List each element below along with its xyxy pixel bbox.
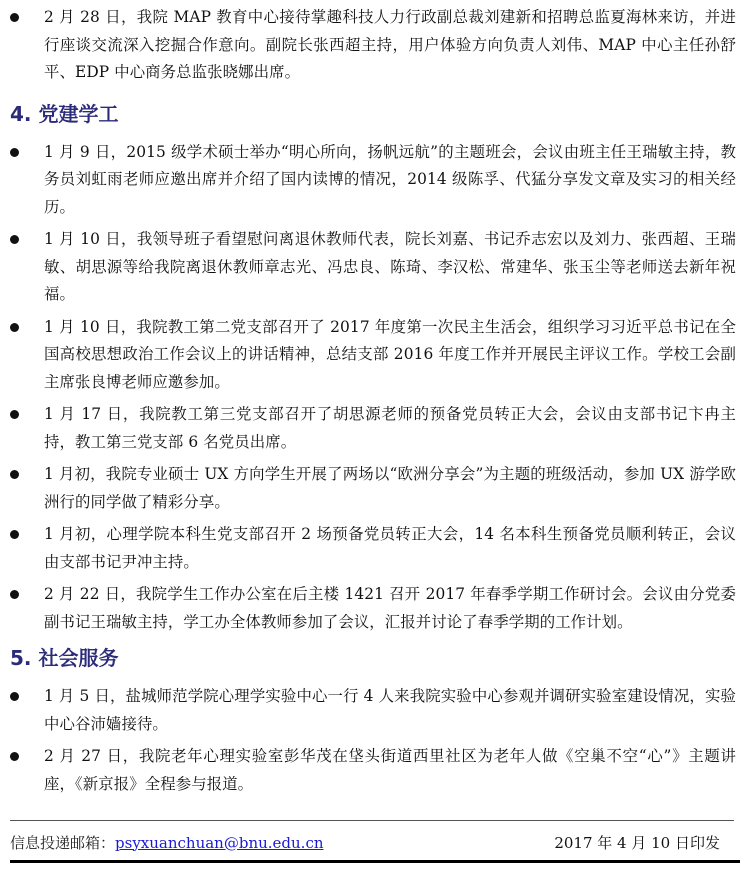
list-item: 1 月 9 日，2015 级学术硕士举办“明心所向，扬帆远航”的主题班会，会议由…	[0, 139, 750, 222]
item-text: 1 月 9 日，2015 级学术硕士举办“明心所向，扬帆远航”的主题班会，会议由…	[44, 143, 736, 216]
bullet-icon	[10, 410, 19, 419]
list-item: 2 月 28 日，我院 MAP 教育中心接待掌趣科技人力行政副总裁刘建新和招聘总…	[0, 4, 750, 87]
list-item: 1 月初，我院专业硕士 UX 方向学生开展了两场以“欧洲分享会”为主题的班级活动…	[0, 461, 750, 516]
carryover-list: 2 月 28 日，我院 MAP 教育中心接待掌趣科技人力行政副总裁刘建新和招聘总…	[0, 4, 750, 87]
footer-email-label: 信息投递邮箱：	[10, 834, 115, 852]
list-item: 2 月 22 日，我院学生工作办公室在后主楼 1421 召开 2017 年春季学…	[0, 581, 750, 636]
item-text: 1 月 17 日，我院教工第三党支部召开了胡思源老师的预备党员转正大会，会议由支…	[44, 405, 736, 451]
list-item: 1 月初，心理学院本科生党支部召开 2 场预备党员转正大会，14 名本科生预备党…	[0, 521, 750, 576]
list-item: 1 月 10 日，我领导班子看望慰问离退休教师代表，院长刘嘉、书记乔志宏以及刘力…	[0, 226, 750, 309]
item-text: 1 月 10 日，我领导班子看望慰问离退休教师代表，院长刘嘉、书记乔志宏以及刘力…	[44, 230, 736, 303]
bullet-icon	[10, 13, 19, 22]
item-text: 2 月 22 日，我院学生工作办公室在后主楼 1421 召开 2017 年春季学…	[44, 585, 736, 631]
bullet-icon	[10, 692, 19, 701]
footer-issue-date: 2017 年 4 月 10 日印发	[554, 832, 720, 853]
list-item: 1 月 10 日，我院教工第二党支部召开了 2017 年度第一次民主生活会，组织…	[0, 314, 750, 397]
section-title-party-building: 4. 党建学工	[0, 94, 750, 134]
bullet-icon	[10, 530, 19, 539]
list-item: 1 月 5 日，盐城师范学院心理学实验中心一行 4 人来我院实验中心参观并调研实…	[0, 683, 750, 738]
social-service-list: 1 月 5 日，盐城师范学院心理学实验中心一行 4 人来我院实验中心参观并调研实…	[0, 683, 750, 798]
item-text: 1 月 5 日，盐城师范学院心理学实验中心一行 4 人来我院实验中心参观并调研实…	[44, 687, 736, 733]
footer: 信息投递邮箱：psyxuanchuan@bnu.edu.cn 2017 年 4 …	[10, 830, 720, 854]
bullet-icon	[10, 148, 19, 157]
footer-divider	[10, 820, 734, 821]
bullet-icon	[10, 590, 19, 599]
item-text: 1 月初，心理学院本科生党支部召开 2 场预备党员转正大会，14 名本科生预备党…	[44, 525, 736, 571]
item-text: 1 月 10 日，我院教工第二党支部召开了 2017 年度第一次民主生活会，组织…	[44, 318, 736, 391]
item-text: 1 月初，我院专业硕士 UX 方向学生开展了两场以“欧洲分享会”为主题的班级活动…	[44, 465, 736, 511]
list-item: 1 月 17 日，我院教工第三党支部召开了胡思源老师的预备党员转正大会，会议由支…	[0, 401, 750, 456]
newsletter-page: 2 月 28 日，我院 MAP 教育中心接待掌趣科技人力行政副总裁刘建新和招聘总…	[0, 0, 750, 798]
footer-bottom-rule	[10, 860, 740, 863]
bullet-icon	[10, 470, 19, 479]
footer-contact: 信息投递邮箱：psyxuanchuan@bnu.edu.cn	[10, 832, 324, 853]
bullet-icon	[10, 752, 19, 761]
list-item: 2 月 27 日，我院老年心理实验室彭华茂在垡头街道西里社区为老年人做《空巢不空…	[0, 743, 750, 798]
bullet-icon	[10, 323, 19, 332]
party-building-list: 1 月 9 日，2015 级学术硕士举办“明心所向，扬帆远航”的主题班会，会议由…	[0, 139, 750, 637]
section-title-social-service: 5. 社会服务	[0, 638, 750, 678]
item-text: 2 月 27 日，我院老年心理实验室彭华茂在垡头街道西里社区为老年人做《空巢不空…	[44, 747, 736, 793]
item-text: 2 月 28 日，我院 MAP 教育中心接待掌趣科技人力行政副总裁刘建新和招聘总…	[44, 8, 736, 81]
bullet-icon	[10, 235, 19, 244]
footer-email-link[interactable]: psyxuanchuan@bnu.edu.cn	[115, 834, 323, 852]
